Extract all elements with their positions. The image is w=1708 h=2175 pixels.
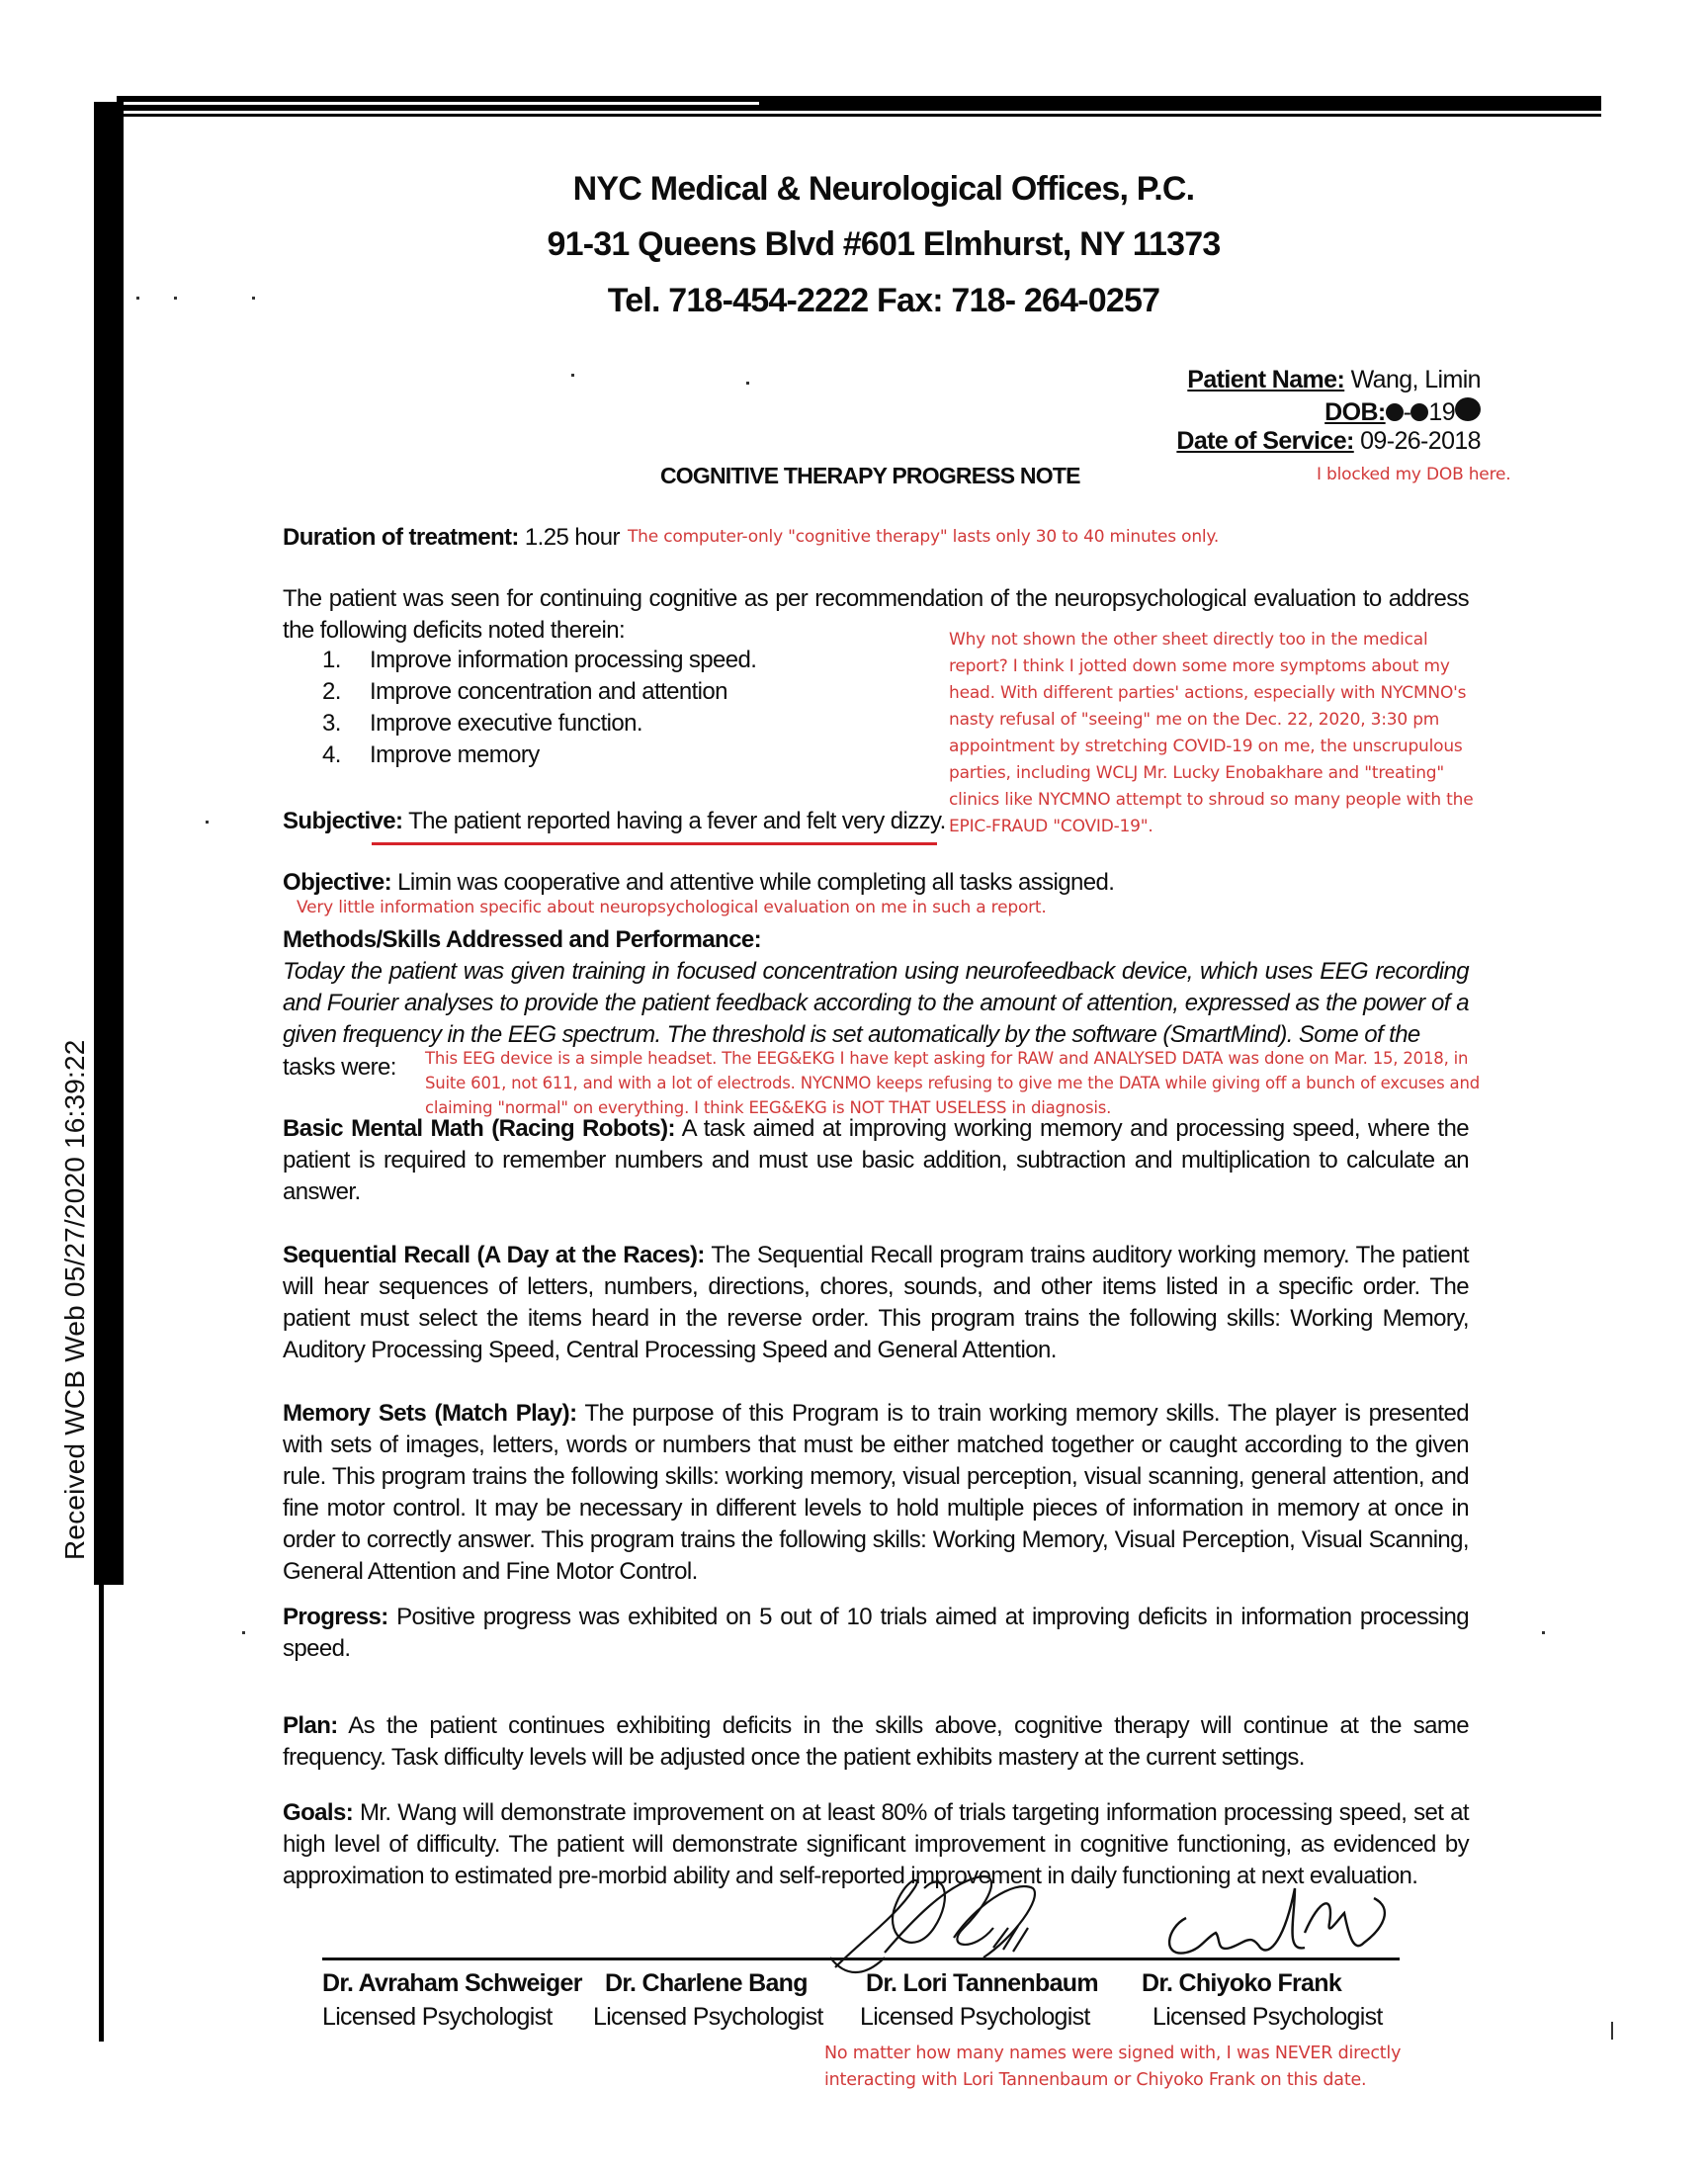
scan-speck: [174, 297, 177, 300]
objective-section: Objective: Limin was cooperative and att…: [283, 867, 1469, 899]
dob-row: DOB:-19: [1324, 397, 1481, 427]
deficit-list: 1.Improve information processing speed. …: [322, 645, 756, 771]
clinic-contact: Tel. 718-454-2222 Fax: 718- 264-0257: [30, 282, 1708, 320]
scan-speck: [746, 382, 749, 385]
patient-name-row: Patient Name: Wang, Limin: [1187, 366, 1481, 394]
scan-left-edge-line: [99, 1582, 104, 2042]
progress-section: Progress: Positive progress was exhibite…: [283, 1602, 1469, 1665]
clinic-name: NYC Medical & Neurological Offices, P.C.: [30, 170, 1708, 209]
plan-text: As the patient continues exhibiting defi…: [283, 1712, 1469, 1771]
scan-speck: [571, 374, 574, 377]
scan-speck: [252, 297, 255, 300]
task-memory-sets: Memory Sets (Match Play): The purpose of…: [283, 1398, 1469, 1588]
signatory-name: Dr. Lori Tannenbaum: [866, 1969, 1098, 1998]
duration-value: 1.25 hour: [525, 524, 620, 551]
progress-text: Positive progress was exhibited on 5 out…: [283, 1604, 1469, 1662]
subjective-text: The patient reported having a fever and …: [408, 808, 946, 834]
plan-section: Plan: As the patient continues exhibitin…: [283, 1710, 1469, 1774]
deficit-item: 1.Improve information processing speed.: [322, 645, 756, 676]
task-label: Memory Sets (Match Play):: [283, 1400, 576, 1427]
dob-visible: 19: [1428, 398, 1455, 426]
scan-speck: [136, 297, 139, 300]
task-text: The purpose of this Program is to train …: [283, 1400, 1469, 1585]
subjective-section: Subjective: The patient reported having …: [283, 806, 975, 837]
task-sequential-recall: Sequential Recall (A Day at the Races): …: [283, 1240, 1469, 1366]
objective-text: Limin was cooperative and attentive whil…: [397, 869, 1114, 896]
clinic-address: 91-31 Queens Blvd #601 Elmhurst, NY 1137…: [30, 225, 1708, 264]
task-label: Basic Mental Math (Racing Robots):: [283, 1115, 675, 1142]
signatory-name: Dr. Charlene Bang: [605, 1969, 808, 1998]
date-of-service: 09-26-2018: [1360, 427, 1481, 455]
patient-name: Wang, Limin: [1351, 366, 1481, 393]
methods-heading: Methods/Skills Addressed and Performance…: [283, 924, 1469, 956]
annotation-side-note: Why not shown the other sheet directly t…: [949, 627, 1483, 840]
goals-label: Goals:: [283, 1799, 353, 1826]
scan-top-border: [117, 96, 1601, 111]
task-basic-mental-math: Basic Mental Math (Racing Robots): A tas…: [283, 1113, 1469, 1208]
scan-speck: [242, 1631, 245, 1634]
redaction-blot: [1410, 403, 1428, 421]
duration-label: Duration of treatment:: [283, 524, 519, 551]
scan-speck: [206, 821, 209, 824]
deficit-item: 4.Improve memory: [322, 739, 756, 771]
subjective-label: Subjective:: [283, 808, 402, 834]
progress-label: Progress:: [283, 1604, 388, 1630]
scan-speck: [1542, 1631, 1545, 1634]
dos-label: Date of Service:: [1176, 427, 1353, 455]
signatory-name: Dr. Chiyoko Frank: [1142, 1969, 1341, 1998]
signatory-name: Dr. Avraham Schweiger: [322, 1969, 582, 1998]
annotation-signatures: No matter how many names were signed wit…: [824, 2041, 1437, 2094]
deficit-item: 3.Improve executive function.: [322, 708, 756, 739]
received-stamp: Received WCB Web 05/27/2020 16:39:22: [59, 1026, 99, 1560]
annotation-underline: [372, 842, 937, 845]
signatory-title: Licensed Psychologist: [860, 2003, 1090, 2032]
methods-body: Today the patient was given training in …: [283, 956, 1469, 1051]
signatory-title: Licensed Psychologist: [1153, 2003, 1383, 2032]
annotation-dob: I blocked my DOB here.: [1317, 465, 1510, 484]
scan-speck: [1611, 2022, 1613, 2040]
patient-name-label: Patient Name:: [1187, 366, 1344, 393]
signatory-title: Licensed Psychologist: [593, 2003, 823, 2032]
annotation-duration: The computer-only "cognitive therapy" la…: [628, 527, 1219, 547]
document-title: COGNITIVE THERAPY PROGRESS NOTE: [660, 463, 1080, 489]
redaction-blot: [1386, 403, 1404, 421]
date-of-service-row: Date of Service: 09-26-2018: [1176, 427, 1481, 456]
plan-label: Plan:: [283, 1712, 338, 1739]
redaction-blot: [1455, 397, 1481, 421]
annotation-objective: Very little information specific about n…: [297, 898, 1047, 917]
annotation-eeg: This EEG device is a simple headset. The…: [425, 1046, 1493, 1120]
task-label: Sequential Recall (A Day at the Races):: [283, 1242, 705, 1268]
signatory-title: Licensed Psychologist: [322, 2003, 553, 2032]
scan-top-border-line: [117, 114, 1601, 117]
objective-label: Objective:: [283, 869, 391, 896]
signature-line: [322, 1957, 1400, 1960]
deficit-item: 2.Improve concentration and attention: [322, 676, 756, 708]
dob-label: DOB:: [1324, 398, 1385, 426]
